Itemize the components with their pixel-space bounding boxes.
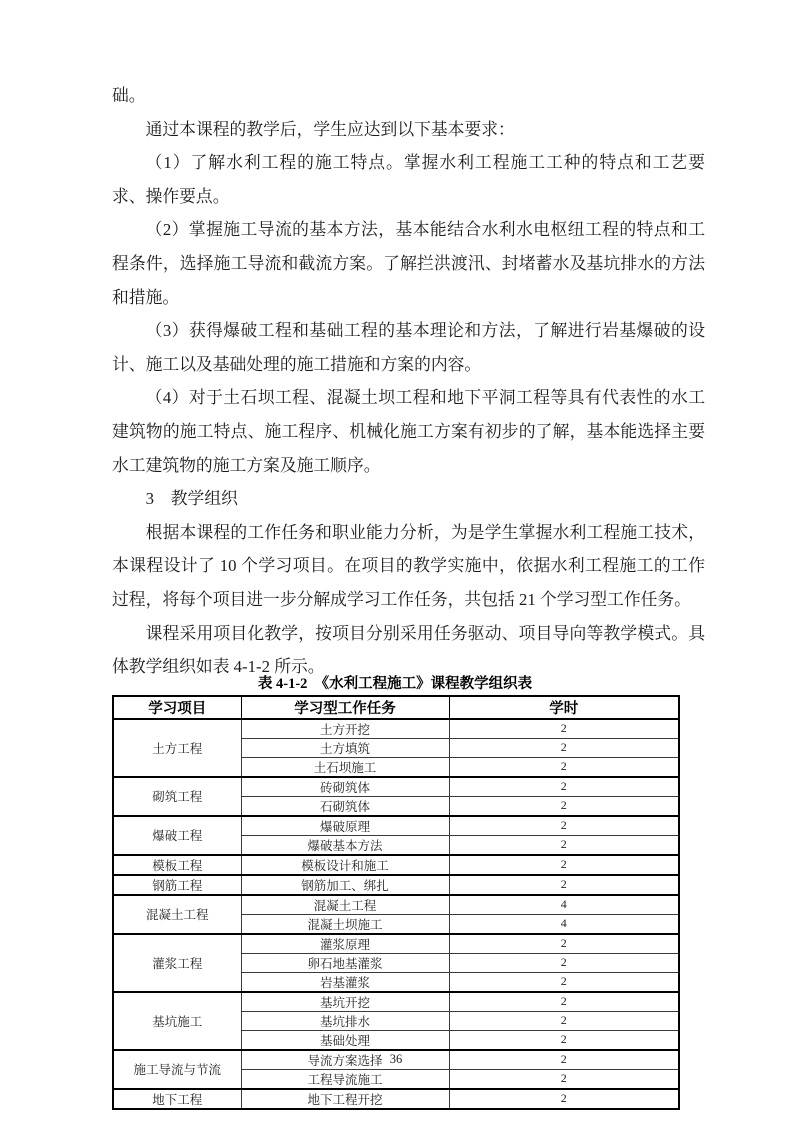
hours-cell: 2 <box>449 816 679 836</box>
text-line: 3 教学组织 <box>112 482 705 516</box>
task-cell: 基坑排水 <box>241 1011 449 1030</box>
hours-cell: 2 <box>449 972 679 992</box>
table-row: 灌浆工程灌浆原理2 <box>113 934 679 954</box>
task-cell: 基坑开挖 <box>241 992 449 1012</box>
course-schedule-table: 学习项目 学习型工作任务 学时 土方工程土方开挖2土方填筑2土石坝施工2砌筑工程… <box>112 695 680 1110</box>
task-cell: 土方填筑 <box>241 738 449 757</box>
task-cell: 工程导流施工 <box>241 1069 449 1089</box>
task-cell: 灌浆原理 <box>241 934 449 954</box>
text-line: 础。 <box>112 79 705 113</box>
table-row: 钢筋工程钢筋加工、绑扎2 <box>113 875 679 895</box>
task-cell: 地下工程开挖 <box>241 1089 449 1109</box>
hours-cell: 2 <box>449 1069 679 1089</box>
table-row: 地下工程地下工程开挖2 <box>113 1089 679 1109</box>
text-line: （2）掌握施工导流的基本方法，基本能结合水利水电枢纽工程的特点和工 <box>112 213 705 247</box>
task-cell: 爆破基本方法 <box>241 835 449 855</box>
text-line: 课程采用项目化教学，按项目分别采用任务驱动、项目导向等教学模式。具 <box>112 617 705 651</box>
project-cell: 钢筋工程 <box>113 875 241 895</box>
table-row: 基坑施工基坑开挖2 <box>113 992 679 1012</box>
header-hours-column: 学时 <box>449 696 679 719</box>
hours-cell: 2 <box>449 738 679 757</box>
text-line: （1）了解水利工程的施工特点。掌握水利工程施工工种的特点和工艺要 <box>112 146 705 180</box>
table-row: 爆破工程爆破原理2 <box>113 816 679 836</box>
project-cell: 模板工程 <box>113 855 241 875</box>
project-cell: 土方工程 <box>113 719 241 777</box>
text-line: 求、操作要点。 <box>112 180 705 214</box>
hours-cell: 2 <box>449 875 679 895</box>
text-line: 通过本课程的教学后，学生应达到以下基本要求： <box>112 113 705 147</box>
project-cell: 爆破工程 <box>113 816 241 855</box>
task-cell: 卵石地基灌浆 <box>241 953 449 972</box>
hours-cell: 2 <box>449 1011 679 1030</box>
table-row: 模板工程模板设计和施工2 <box>113 855 679 875</box>
text-line: 水工建筑物的施工方案及施工顺序。 <box>112 449 705 483</box>
table-row: 土方工程土方开挖2 <box>113 719 679 739</box>
text-line: 建筑物的施工特点、施工程序、机械化施工方案有初步的了解，基本能选择主要 <box>112 415 705 449</box>
text-line: 计、施工以及基础处理的施工措施和方案的内容。 <box>112 348 705 382</box>
task-cell: 岩基灌浆 <box>241 972 449 992</box>
hours-cell: 2 <box>449 1030 679 1050</box>
hours-cell: 4 <box>449 895 679 915</box>
hours-cell: 2 <box>449 777 679 797</box>
project-cell: 基坑施工 <box>113 992 241 1050</box>
text-line: （4）对于土石坝工程、混凝土坝工程和地下平洞工程等具有代表性的水工 <box>112 381 705 415</box>
task-cell: 钢筋加工、绑扎 <box>241 875 449 895</box>
hours-cell: 2 <box>449 796 679 816</box>
header-project-column: 学习项目 <box>113 696 241 719</box>
hours-cell: 2 <box>449 835 679 855</box>
text-line: 和措施。 <box>112 281 705 315</box>
hours-cell: 4 <box>449 914 679 934</box>
task-cell: 混凝土坝施工 <box>241 914 449 934</box>
task-cell: 土石坝施工 <box>241 757 449 777</box>
task-cell: 混凝土工程 <box>241 895 449 915</box>
project-cell: 混凝土工程 <box>113 895 241 934</box>
hours-cell: 2 <box>449 1089 679 1109</box>
task-cell: 爆破原理 <box>241 816 449 836</box>
project-cell: 砌筑工程 <box>113 777 241 816</box>
table-row: 混凝土工程混凝土工程4 <box>113 895 679 915</box>
page-number: 36 <box>0 1052 792 1067</box>
text-line: 过程，将每个项目进一步分解成学习工作任务，共包括 21 个学习型工作任务。 <box>112 583 705 617</box>
document-page: 础。通过本课程的教学后，学生应达到以下基本要求：（1）了解水利工程的施工特点。掌… <box>0 0 792 1122</box>
hours-cell: 2 <box>449 934 679 954</box>
page-content: 础。通过本课程的教学后，学生应达到以下基本要求：（1）了解水利工程的施工特点。掌… <box>0 0 792 1110</box>
project-cell: 地下工程 <box>113 1089 241 1109</box>
hours-cell: 2 <box>449 953 679 972</box>
body-text: 础。通过本课程的教学后，学生应达到以下基本要求：（1）了解水利工程的施工特点。掌… <box>112 79 705 684</box>
text-line: 本课程设计了 10 个学习项目。在项目的教学实施中，依据水利工程施工的工作 <box>112 549 705 583</box>
task-cell: 基础处理 <box>241 1030 449 1050</box>
task-cell: 土方开挖 <box>241 719 449 739</box>
text-line: 根据本课程的工作任务和职业能力分析，为是学生掌握水利工程施工技术， <box>112 516 705 550</box>
text-line: （3）获得爆破工程和基础工程的基本理论和方法，了解进行岩基爆破的设 <box>112 314 705 348</box>
project-cell: 灌浆工程 <box>113 934 241 992</box>
text-line: 程条件，选择施工导流和截流方案。了解拦洪渡汛、封堵蓄水及基坑排水的方法 <box>112 247 705 281</box>
header-task-column: 学习型工作任务 <box>241 696 449 719</box>
task-cell: 石砌筑体 <box>241 796 449 816</box>
table-row: 砌筑工程砖砌筑体2 <box>113 777 679 797</box>
hours-cell: 2 <box>449 719 679 739</box>
task-cell: 砖砌筑体 <box>241 777 449 797</box>
hours-cell: 2 <box>449 855 679 875</box>
hours-cell: 2 <box>449 992 679 1012</box>
table-header-row: 学习项目 学习型工作任务 学时 <box>113 696 679 719</box>
hours-cell: 2 <box>449 757 679 777</box>
task-cell: 模板设计和施工 <box>241 855 449 875</box>
